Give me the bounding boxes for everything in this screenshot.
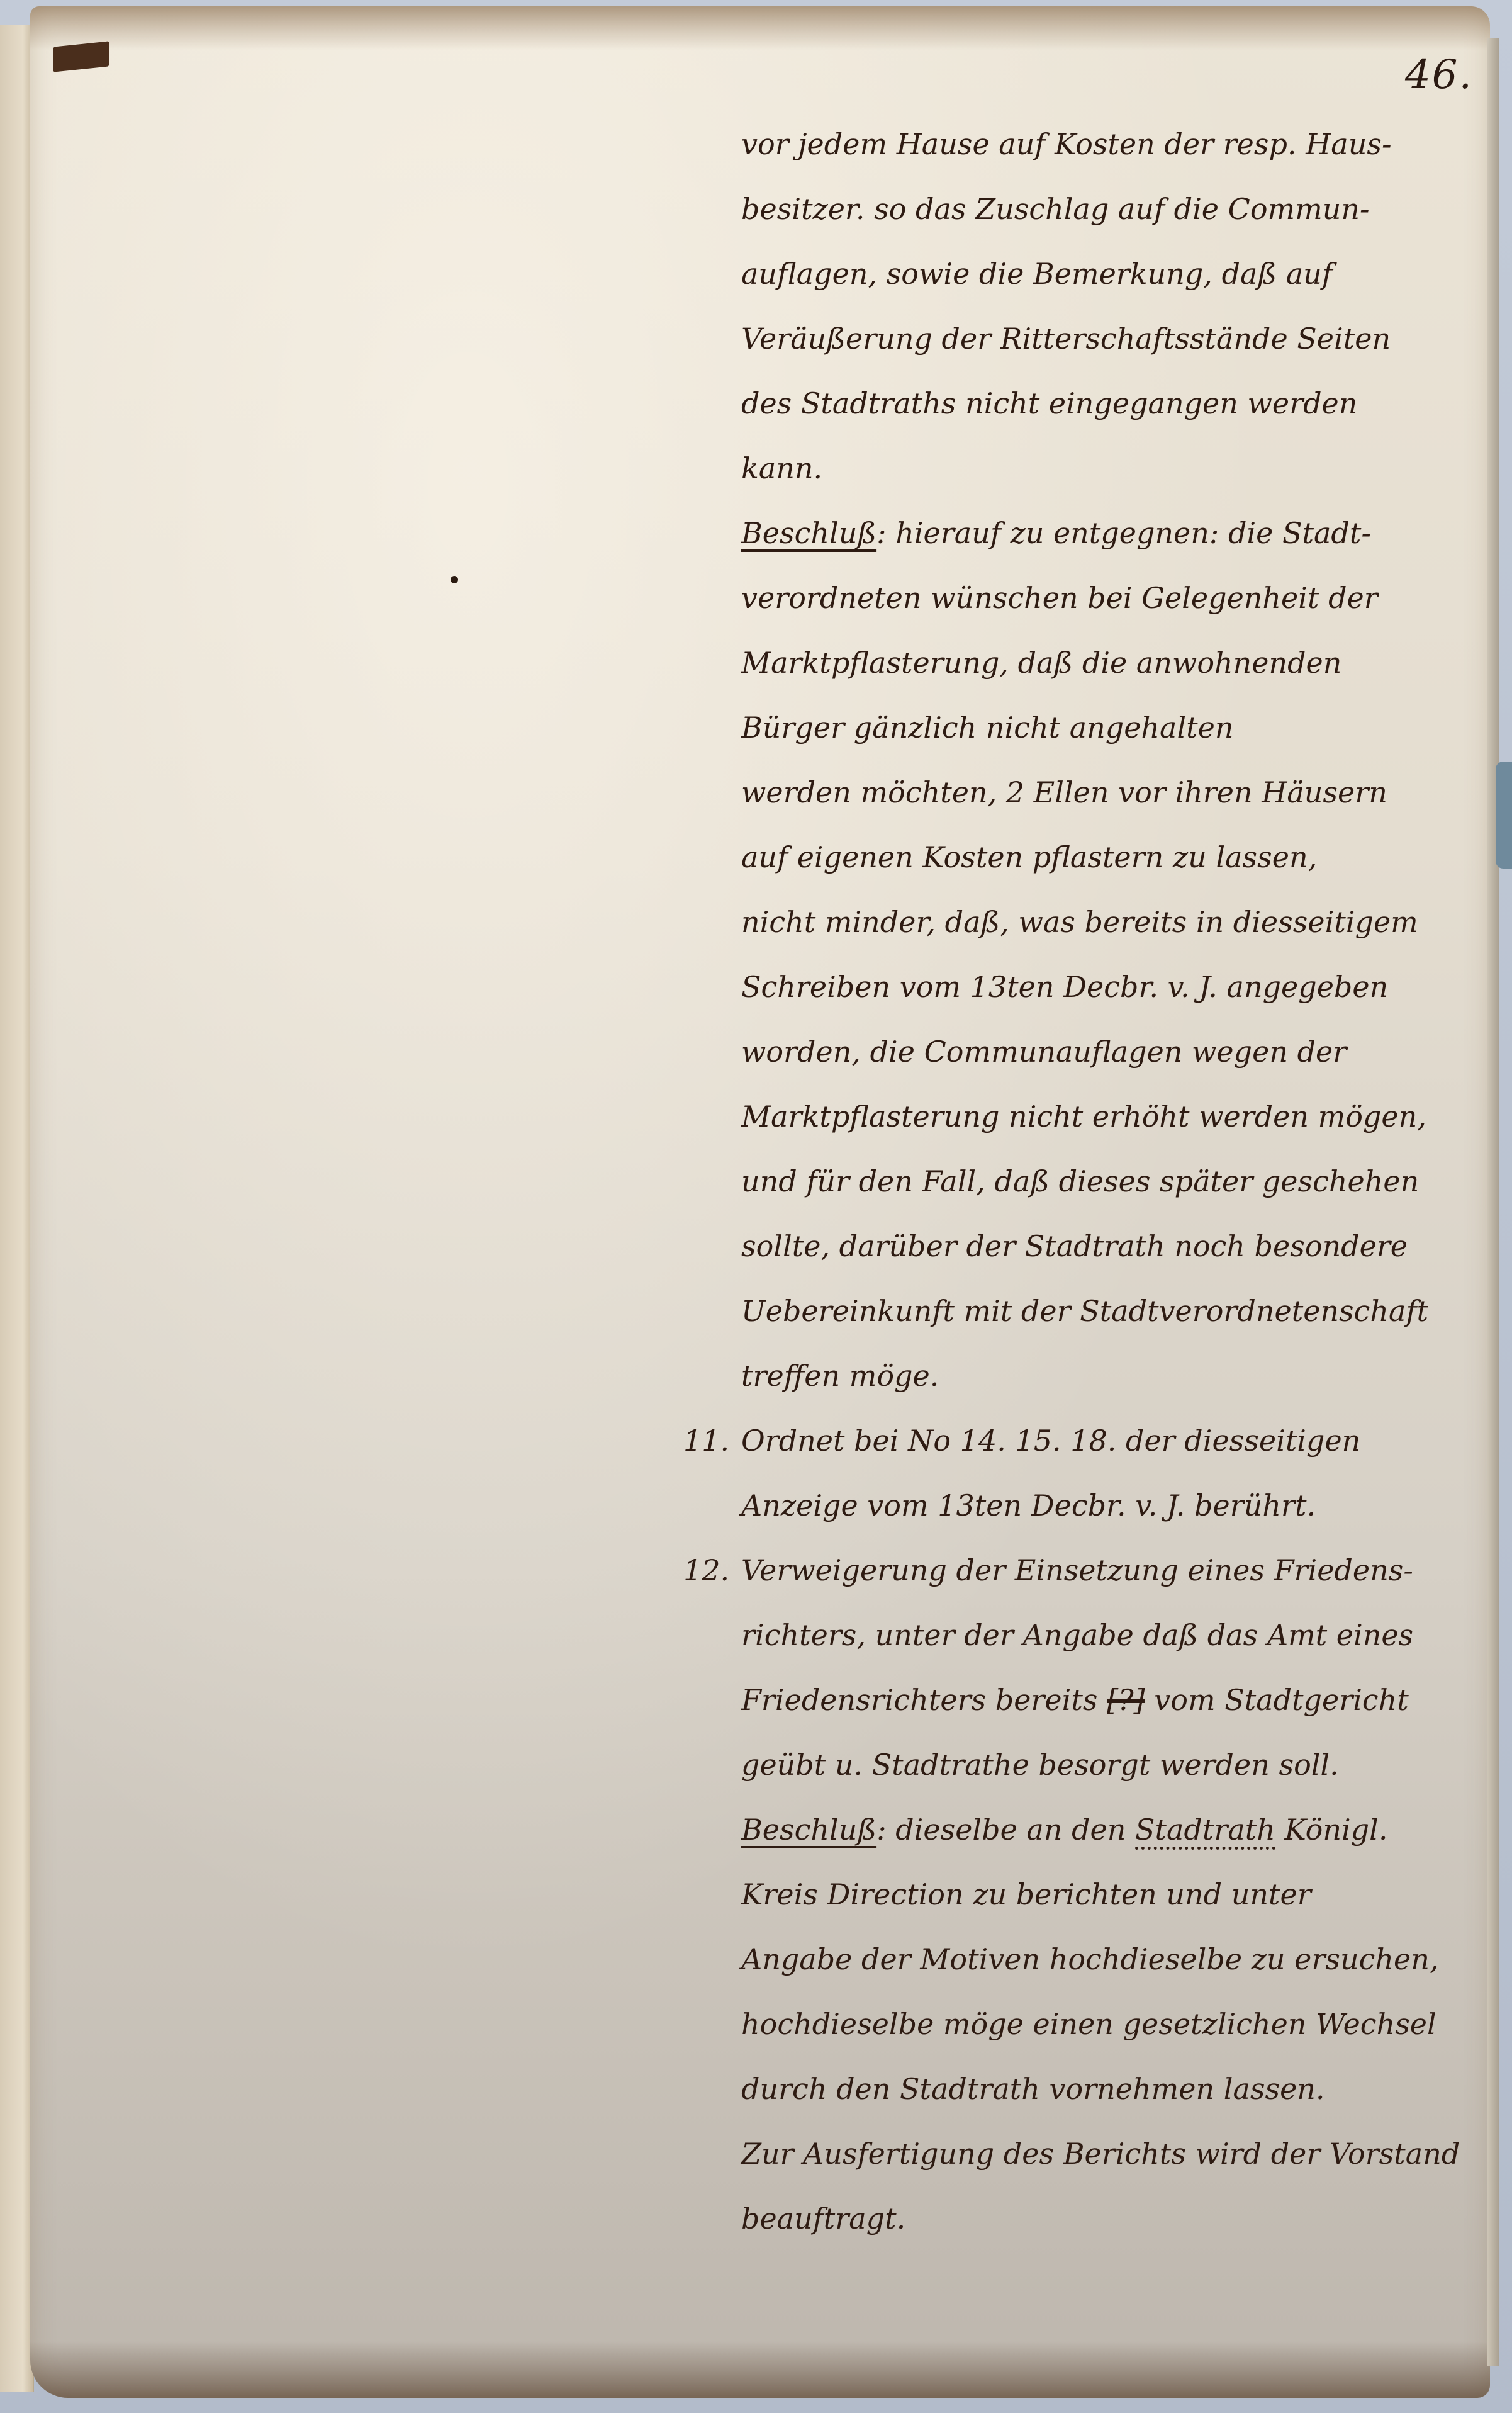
line-text: auflagen, sowie die Bemerkung, daß auf bbox=[741, 257, 1333, 291]
line-text: und für den Fall, daß dieses später gesc… bbox=[741, 1164, 1419, 1198]
resolution-label: Beschluß bbox=[741, 516, 876, 550]
line-text: Kreis Direction zu berichten und unter bbox=[741, 1877, 1311, 1911]
text-line: Schreiben vom 13ten Decbr. v. J. angegeb… bbox=[741, 955, 1484, 1020]
line-text: geübt u. Stadtrathe besorgt werden soll. bbox=[741, 1748, 1339, 1782]
line-text: vor jedem Hause auf Kosten der resp. Hau… bbox=[741, 127, 1392, 161]
resolution-line: Beschluß: dieselbe an den Stadtrath Köni… bbox=[741, 1797, 1484, 1862]
line-text: treffen möge. bbox=[741, 1359, 939, 1393]
text-line: Marktpflasterung nicht erhöht werden mög… bbox=[741, 1084, 1484, 1149]
numbered-item-11: 11.Ordnet bei No 14. 15. 18. der diessei… bbox=[683, 1409, 1484, 1473]
text-line: Veräußerung der Ritterschaftsstände Seit… bbox=[741, 307, 1484, 371]
line-text: kann. bbox=[741, 451, 822, 485]
text-line: sollte, darüber der Stadtrath noch beson… bbox=[741, 1214, 1484, 1279]
line-text: nicht minder, daß, was bereits in diesse… bbox=[741, 905, 1418, 939]
line-text: Königl. bbox=[1285, 1813, 1388, 1847]
line-text: verordneten wünschen bei Gelegenheit der bbox=[741, 581, 1378, 615]
line-text: Anzeige vom 13ten Decbr. v. J. berührt. bbox=[741, 1488, 1316, 1522]
text-line: Marktpflasterung, daß die anwohnenden bbox=[741, 631, 1484, 695]
text-line: besitzer. so das Zuschlag auf die Commun… bbox=[741, 177, 1484, 242]
text-line: kann. bbox=[741, 436, 1484, 501]
line-text: durch den Stadtrath vornehmen lassen. bbox=[741, 2072, 1325, 2106]
line-text: sollte, darüber der Stadtrath noch beson… bbox=[741, 1229, 1408, 1263]
line-text: Marktpflasterung nicht erhöht werden mög… bbox=[741, 1100, 1426, 1133]
line-text: vom Stadtgericht bbox=[1154, 1683, 1409, 1717]
text-line: auf eigenen Kosten pflastern zu lassen, bbox=[741, 825, 1484, 890]
text-line: richters, unter der Angabe daß das Amt e… bbox=[741, 1603, 1484, 1668]
text-line: hochdieselbe möge einen gesetzlichen Wec… bbox=[741, 1992, 1484, 2057]
numbered-item-12: 12.Verweigerung der Einsetzung eines Fri… bbox=[683, 1538, 1484, 1603]
handwritten-text-column: vor jedem Hause auf Kosten der resp. Hau… bbox=[741, 112, 1484, 2251]
folio-number: 46. bbox=[1405, 52, 1473, 98]
line-text: Friedensrichters bereits bbox=[741, 1683, 1097, 1717]
text-line: Uebereinkunft mit der Stadtverordnetensc… bbox=[741, 1279, 1484, 1344]
text-line: Bürger gänzlich nicht angehalten bbox=[741, 695, 1484, 760]
line-text: Schreiben vom 13ten Decbr. v. J. angegeb… bbox=[741, 970, 1388, 1004]
text-line: nicht minder, daß, was bereits in diesse… bbox=[741, 890, 1484, 955]
left-page-edge bbox=[0, 25, 34, 2392]
text-line: und für den Fall, daß dieses später gesc… bbox=[741, 1149, 1484, 1214]
text-line: Zur Ausfertigung des Berichts wird der V… bbox=[741, 2122, 1484, 2186]
line-text: Uebereinkunft mit der Stadtverordnetensc… bbox=[741, 1294, 1428, 1328]
line-text: des Stadtraths nicht eingegangen werden bbox=[741, 386, 1357, 420]
line-text: Zur Ausfertigung des Berichts wird der V… bbox=[741, 2137, 1460, 2171]
line-text: Verweigerung der Einsetzung eines Friede… bbox=[741, 1553, 1413, 1587]
line-text: Marktpflasterung, daß die anwohnenden bbox=[741, 646, 1341, 680]
text-line: beauftragt. bbox=[741, 2186, 1484, 2251]
text-line: durch den Stadtrath vornehmen lassen. bbox=[741, 2057, 1484, 2122]
line-text: beauftragt. bbox=[741, 2202, 905, 2236]
line-text: : dieselbe an den bbox=[876, 1813, 1126, 1847]
item-number: 12. bbox=[683, 1538, 741, 1603]
struck-word: [?] bbox=[1107, 1683, 1145, 1717]
resolution-label: Beschluß bbox=[741, 1813, 876, 1847]
line-text: Ordnet bei No 14. 15. 18. der diesseitig… bbox=[741, 1424, 1360, 1458]
binding-shadow bbox=[53, 41, 109, 72]
line-text: Veräußerung der Ritterschaftsstände Seit… bbox=[741, 322, 1391, 356]
text-line: auflagen, sowie die Bemerkung, daß auf bbox=[741, 242, 1484, 307]
item-number: 11. bbox=[683, 1409, 741, 1473]
text-line: Anzeige vom 13ten Decbr. v. J. berührt. bbox=[741, 1473, 1484, 1538]
manuscript-page: 46. vor jedem Hause auf Kosten der resp.… bbox=[30, 6, 1490, 2398]
line-text: Bürger gänzlich nicht angehalten bbox=[741, 711, 1234, 745]
line-text: : hierauf zu entgegnen: die Stadt- bbox=[876, 516, 1371, 550]
line-text: richters, unter der Angabe daß das Amt e… bbox=[741, 1618, 1413, 1652]
line-text: besitzer. so das Zuschlag auf die Commun… bbox=[741, 192, 1370, 226]
line-text: worden, die Communauflagen wegen der bbox=[741, 1035, 1347, 1069]
ink-spot bbox=[451, 576, 458, 583]
text-line: treffen möge. bbox=[741, 1344, 1484, 1409]
line-text: Angabe der Motiven hochdieselbe zu ersuc… bbox=[741, 1942, 1438, 1976]
text-line: worden, die Communauflagen wegen der bbox=[741, 1020, 1484, 1084]
text-line: Kreis Direction zu berichten und unter bbox=[741, 1862, 1484, 1927]
right-fore-edge bbox=[1487, 38, 1499, 2366]
text-line: geübt u. Stadtrathe besorgt werden soll. bbox=[741, 1733, 1484, 1797]
dotted-underlined-word: Stadtrath bbox=[1135, 1813, 1275, 1850]
text-line: vor jedem Hause auf Kosten der resp. Hau… bbox=[741, 112, 1484, 177]
blue-tab-marker bbox=[1496, 762, 1512, 869]
line-text: auf eigenen Kosten pflastern zu lassen, bbox=[741, 840, 1317, 874]
text-line: werden möchten, 2 Ellen vor ihren Häuser… bbox=[741, 760, 1484, 825]
text-line: des Stadtraths nicht eingegangen werden bbox=[741, 371, 1484, 436]
line-text: werden möchten, 2 Ellen vor ihren Häuser… bbox=[741, 775, 1387, 809]
text-line: Friedensrichters bereits [?] vom Stadtge… bbox=[741, 1668, 1484, 1733]
resolution-line: Beschluß: hierauf zu entgegnen: die Stad… bbox=[741, 501, 1484, 566]
text-line: verordneten wünschen bei Gelegenheit der bbox=[741, 566, 1484, 631]
line-text: hochdieselbe möge einen gesetzlichen Wec… bbox=[741, 2007, 1436, 2041]
text-line: Angabe der Motiven hochdieselbe zu ersuc… bbox=[741, 1927, 1484, 1992]
